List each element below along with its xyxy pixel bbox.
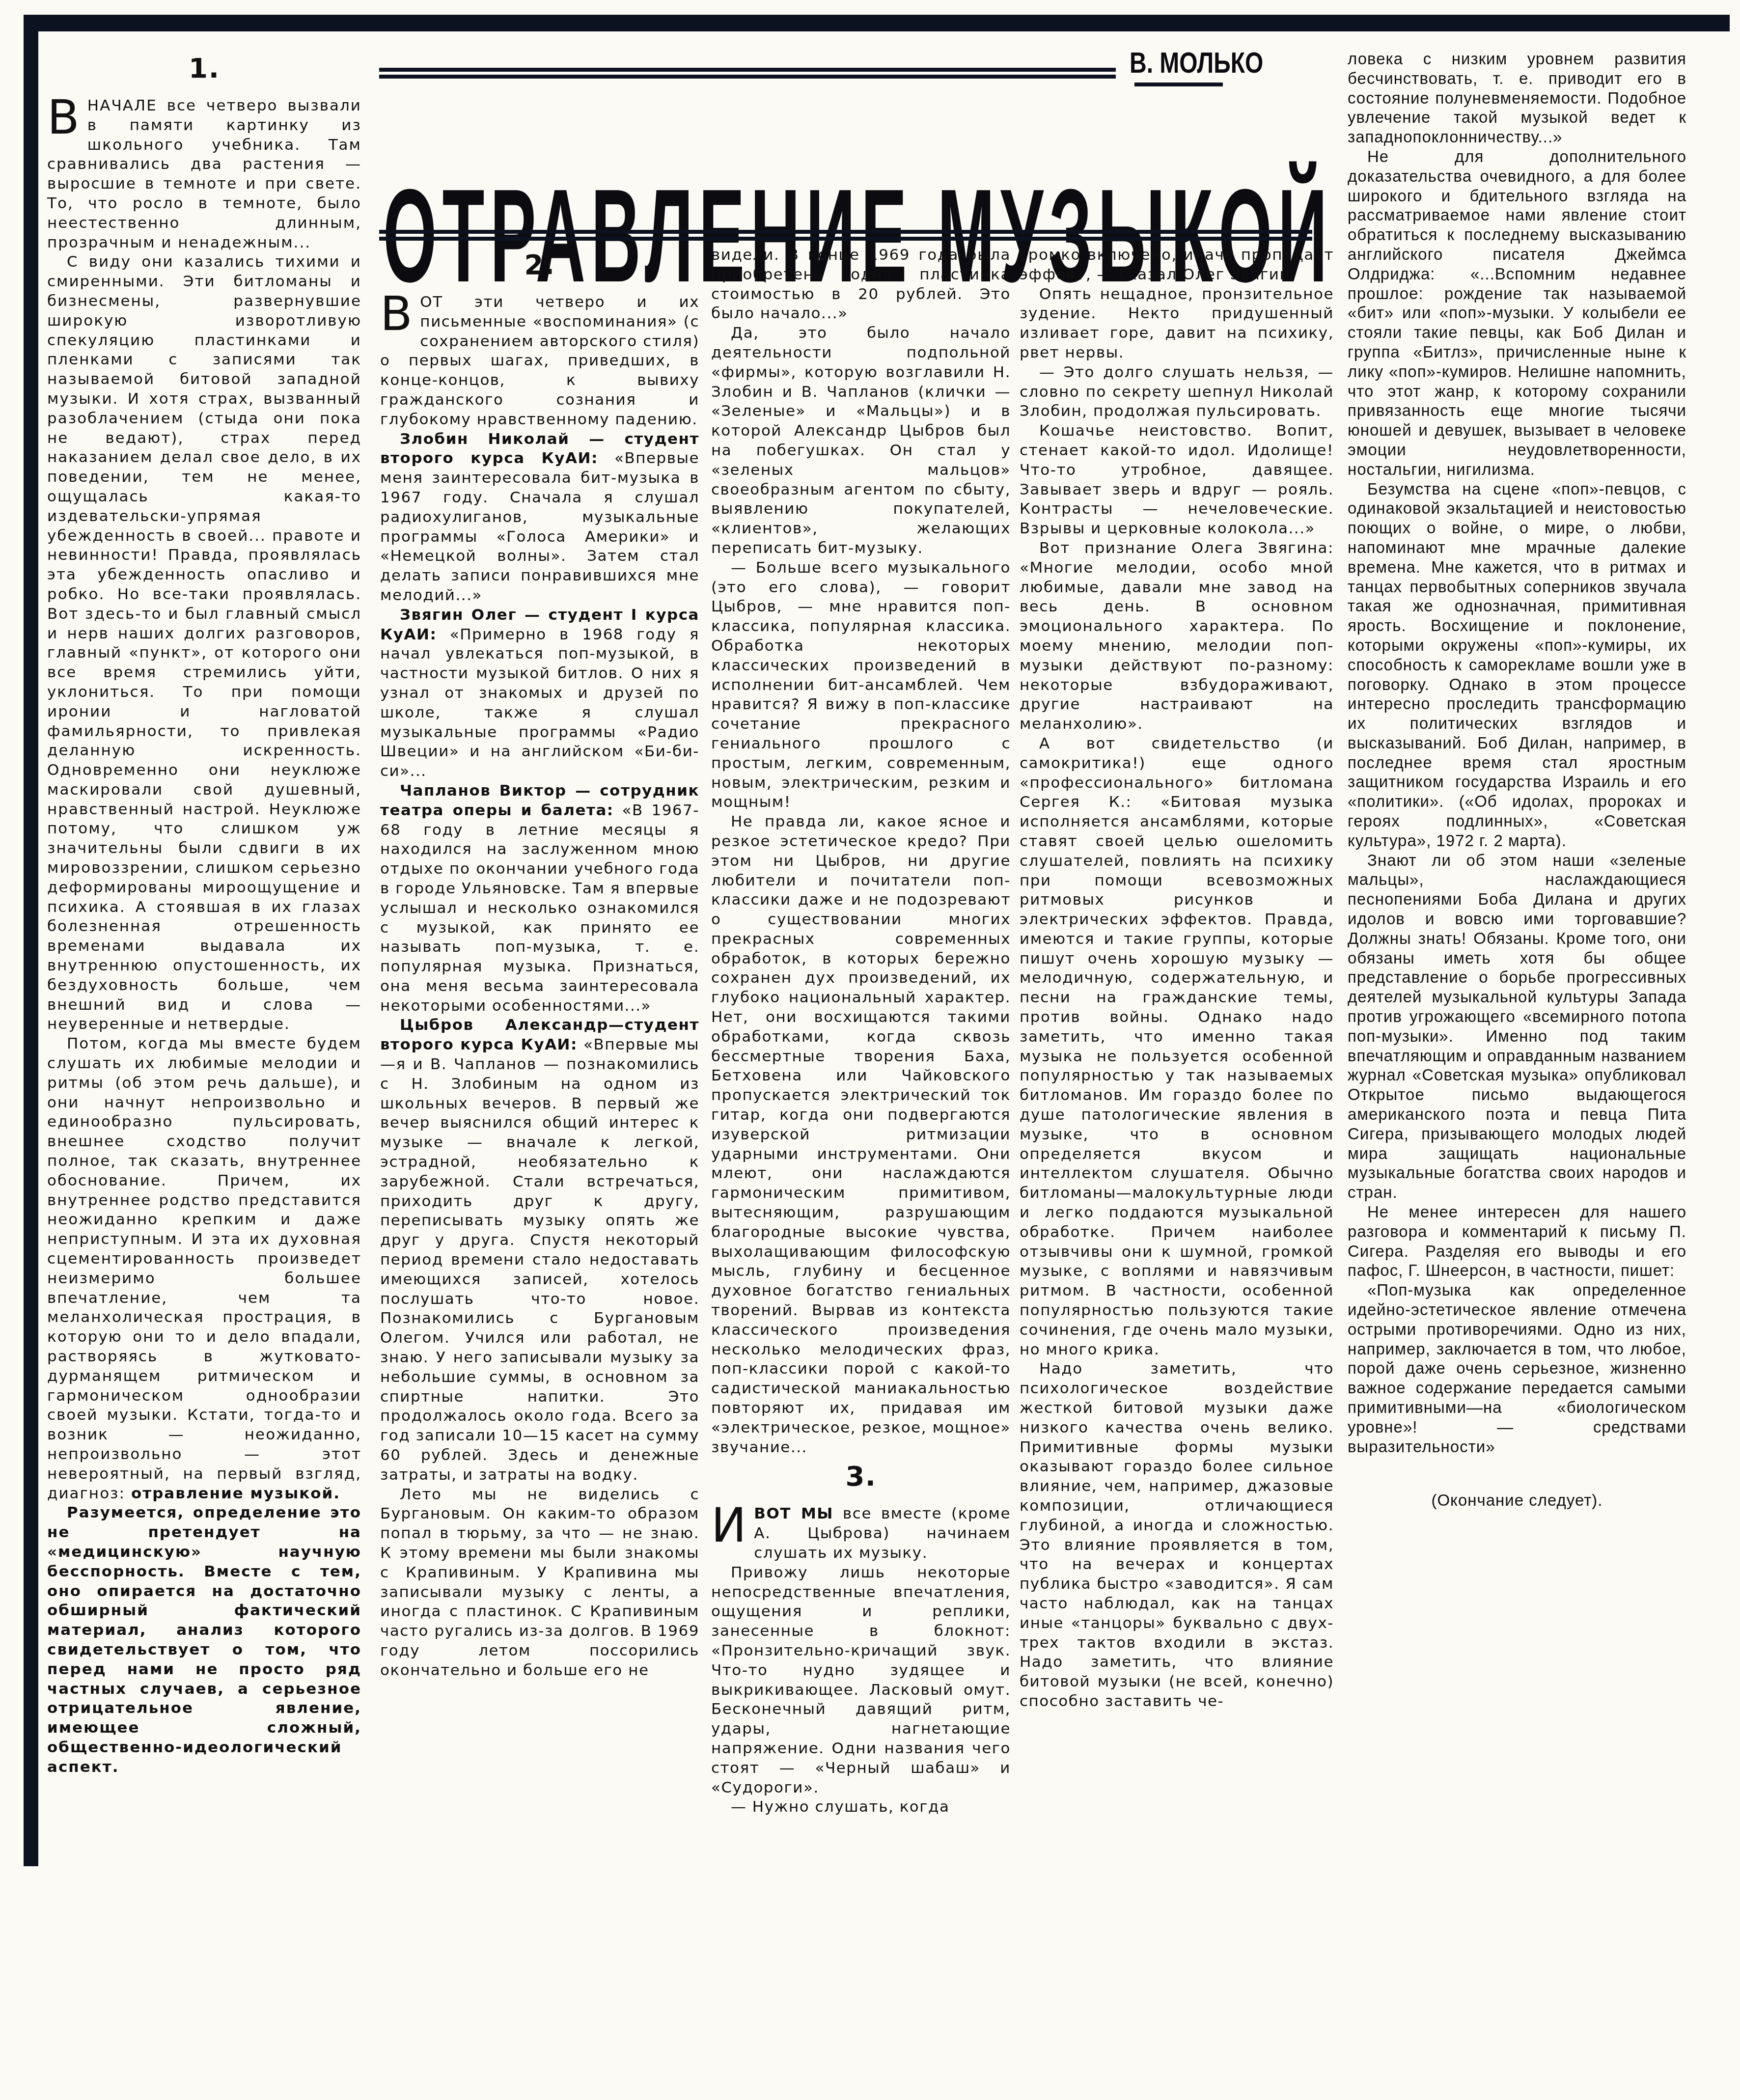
article-paragraph: громко включено, иначе пропадает эффект,… <box>1020 246 1334 285</box>
paragraph-text: Потом, когда мы вместе будем слушать их … <box>47 1035 361 1502</box>
article-paragraph: ВОТ эти четверо и их письменные «воспоми… <box>380 293 699 430</box>
paragraph-text: «Впервые меня заинтересовала бит-музыка … <box>380 449 699 604</box>
article-paragraph: Цыбров Александр—студент второго курса К… <box>380 1016 699 1485</box>
paragraph-text: Не менее интересен для нашего разговора … <box>1348 1203 1686 1279</box>
article-paragraph: Надо заметить, что психологическое возде… <box>1020 1359 1334 1711</box>
article-paragraph: Потом, когда мы вместе будем слушать их … <box>47 1034 361 1503</box>
paragraph-text: видели. В конце 1969 года была приобрете… <box>711 246 1011 322</box>
paragraph-text: — Это долго слушать нельзя, — словно по … <box>1020 363 1334 420</box>
paragraph-text: Не правда ли, какое ясное и резкое эстет… <box>711 813 1011 1456</box>
article-paragraph: Кошачье неистовство. Вопит, стенает како… <box>1020 421 1334 539</box>
paragraph-text: — Больше всего музыкального (это его сло… <box>711 559 1011 811</box>
article-paragraph: ИВОТ МЫ все вместе (кроме А. Цыброва) на… <box>711 1504 1011 1563</box>
paragraph-text: НАЧАЛЕ все четверо вызвали в памяти карт… <box>47 97 361 251</box>
headline-rule-bottom <box>379 230 1312 242</box>
page-border-top <box>26 15 1730 31</box>
page-border-left <box>24 15 38 1866</box>
article-paragraph: Не правда ли, какое ясное и резкое эстет… <box>711 812 1011 1457</box>
article-column-1: 1.ВНАЧАЛЕ все четверо вызвали в памяти к… <box>47 49 361 1777</box>
section-number: 2. <box>380 246 699 285</box>
section-number: 3. <box>711 1457 1011 1496</box>
article-paragraph: Безумства на сцене «поп»-певцов, с одина… <box>1348 479 1686 851</box>
article-paragraph: Не для дополнительного доказательства оч… <box>1348 147 1686 479</box>
article-paragraph: С виду они казались тихими и смиренными.… <box>47 252 361 1034</box>
paragraph-text: Привожу лишь некоторые непосредственные … <box>711 1564 1011 1796</box>
article-paragraph: Привожу лишь некоторые непосредственные … <box>711 1563 1011 1798</box>
article-paragraph: Не менее интересен для нашего разговора … <box>1348 1202 1686 1280</box>
article-column-4: громко включено, иначе пропадает эффект,… <box>1020 246 1334 1712</box>
paragraph-text: А вот свидетельство (и самокритика!) еще… <box>1020 735 1334 1358</box>
paragraph-text: Да, это было начало деятельности подполь… <box>711 324 1011 557</box>
paragraph-text: — Нужно слушать, когда <box>731 1798 950 1816</box>
article-column-2: 2.ВОТ эти четверо и их письменные «воспо… <box>380 246 699 1681</box>
article-paragraph: Да, это было начало деятельности подполь… <box>711 324 1011 558</box>
article-paragraph: ловека с низким уровнем развития бесчинс… <box>1348 49 1686 147</box>
author-underline <box>1134 83 1223 86</box>
drop-cap: В <box>380 295 413 333</box>
article-author: В. МОЛЬКО <box>1130 47 1295 79</box>
article-paragraph: Злобин Николай — студент второго курса К… <box>380 430 699 606</box>
paragraph-text: Не для дополнительного доказательства оч… <box>1348 147 1686 478</box>
paragraph-text: «Впервые мы—я и В. Чапланов — познакомил… <box>380 1036 699 1484</box>
article-paragraph: Чапланов Виктор — сотрудник театра оперы… <box>380 781 699 1016</box>
paragraph-text: Знают ли об этом наши «зеленые мальцы», … <box>1348 851 1686 1202</box>
article-column-3: видели. В конце 1969 года была приобрете… <box>711 246 1011 1817</box>
continuation-note: (Окончание следует). <box>1348 1491 1686 1510</box>
article-paragraph: Знают ли об этом наши «зеленые мальцы», … <box>1348 851 1686 1202</box>
article-paragraph: — Нужно слушать, когда <box>711 1797 1011 1817</box>
paragraph-text: Опять нещадное, пронзительное зудение. Н… <box>1020 285 1334 361</box>
article-column-5: ловека с низким уровнем развития бесчинс… <box>1348 49 1686 1510</box>
drop-cap: И <box>711 1506 747 1545</box>
paragraph-text: Кошачье неистовство. Вопит, стенает како… <box>1020 422 1334 537</box>
paragraph-text: громко включено, иначе пропадает эффект,… <box>1020 246 1334 283</box>
article-paragraph: Вот признание Олега Звягина: «Многие мел… <box>1020 539 1334 734</box>
article-paragraph: Звягин Олег — студент I курса КуАИ: «При… <box>380 606 699 781</box>
article-paragraph: Опять нещадное, пронзительное зудение. Н… <box>1020 285 1334 363</box>
article-paragraph: Разумеется, определение это не претендуе… <box>47 1503 361 1777</box>
paragraph-text: Безумства на сцене «поп»-певцов, с одина… <box>1348 480 1686 850</box>
paragraph-text: Надо заметить, что психологическое возде… <box>1020 1360 1334 1710</box>
article-paragraph: видели. В конце 1969 года была приобрете… <box>711 246 1011 324</box>
emphasis-text: отравление музыкой. <box>131 1485 340 1502</box>
drop-cap: В <box>47 98 81 137</box>
article-paragraph: А вот свидетельство (и самокритика!) еще… <box>1020 734 1334 1360</box>
paragraph-text: ОТ эти четверо и их письменные «воспомин… <box>380 293 699 428</box>
headline-rule-top <box>379 68 1116 80</box>
article-paragraph: Лето мы не виделись с Бургановым. Он как… <box>380 1485 699 1681</box>
article-paragraph: — Это долго слушать нельзя, — словно по … <box>1020 363 1334 421</box>
paragraph-text: «В 1967-68 году в летние месяцы я находи… <box>380 801 699 1015</box>
article-paragraph: — Больше всего музыкального (это его сло… <box>711 558 1011 812</box>
paragraph-text: Лето мы не виделись с Бургановым. Он как… <box>380 1486 699 1679</box>
paragraph-text: С виду они казались тихими и смиренными.… <box>47 253 361 1033</box>
article-paragraph: ВНАЧАЛЕ все четверо вызвали в памяти кар… <box>47 96 361 252</box>
paragraph-text: ловека с низким уровнем развития бесчинс… <box>1348 50 1686 146</box>
paragraph-text: «Примерно в 1968 году я начал увлекаться… <box>380 626 699 780</box>
speaker-name: ВОТ МЫ <box>754 1505 833 1522</box>
paragraph-text: Разумеется, определение это не претендуе… <box>47 1504 361 1775</box>
paragraph-text: «Поп-музыка как определенное идейно-эсте… <box>1348 1281 1686 1455</box>
article-paragraph: «Поп-музыка как определенное идейно-эсте… <box>1348 1280 1686 1456</box>
section-number: 1. <box>47 49 361 88</box>
paragraph-text: Вот признание Олега Звягина: «Многие мел… <box>1020 539 1334 733</box>
